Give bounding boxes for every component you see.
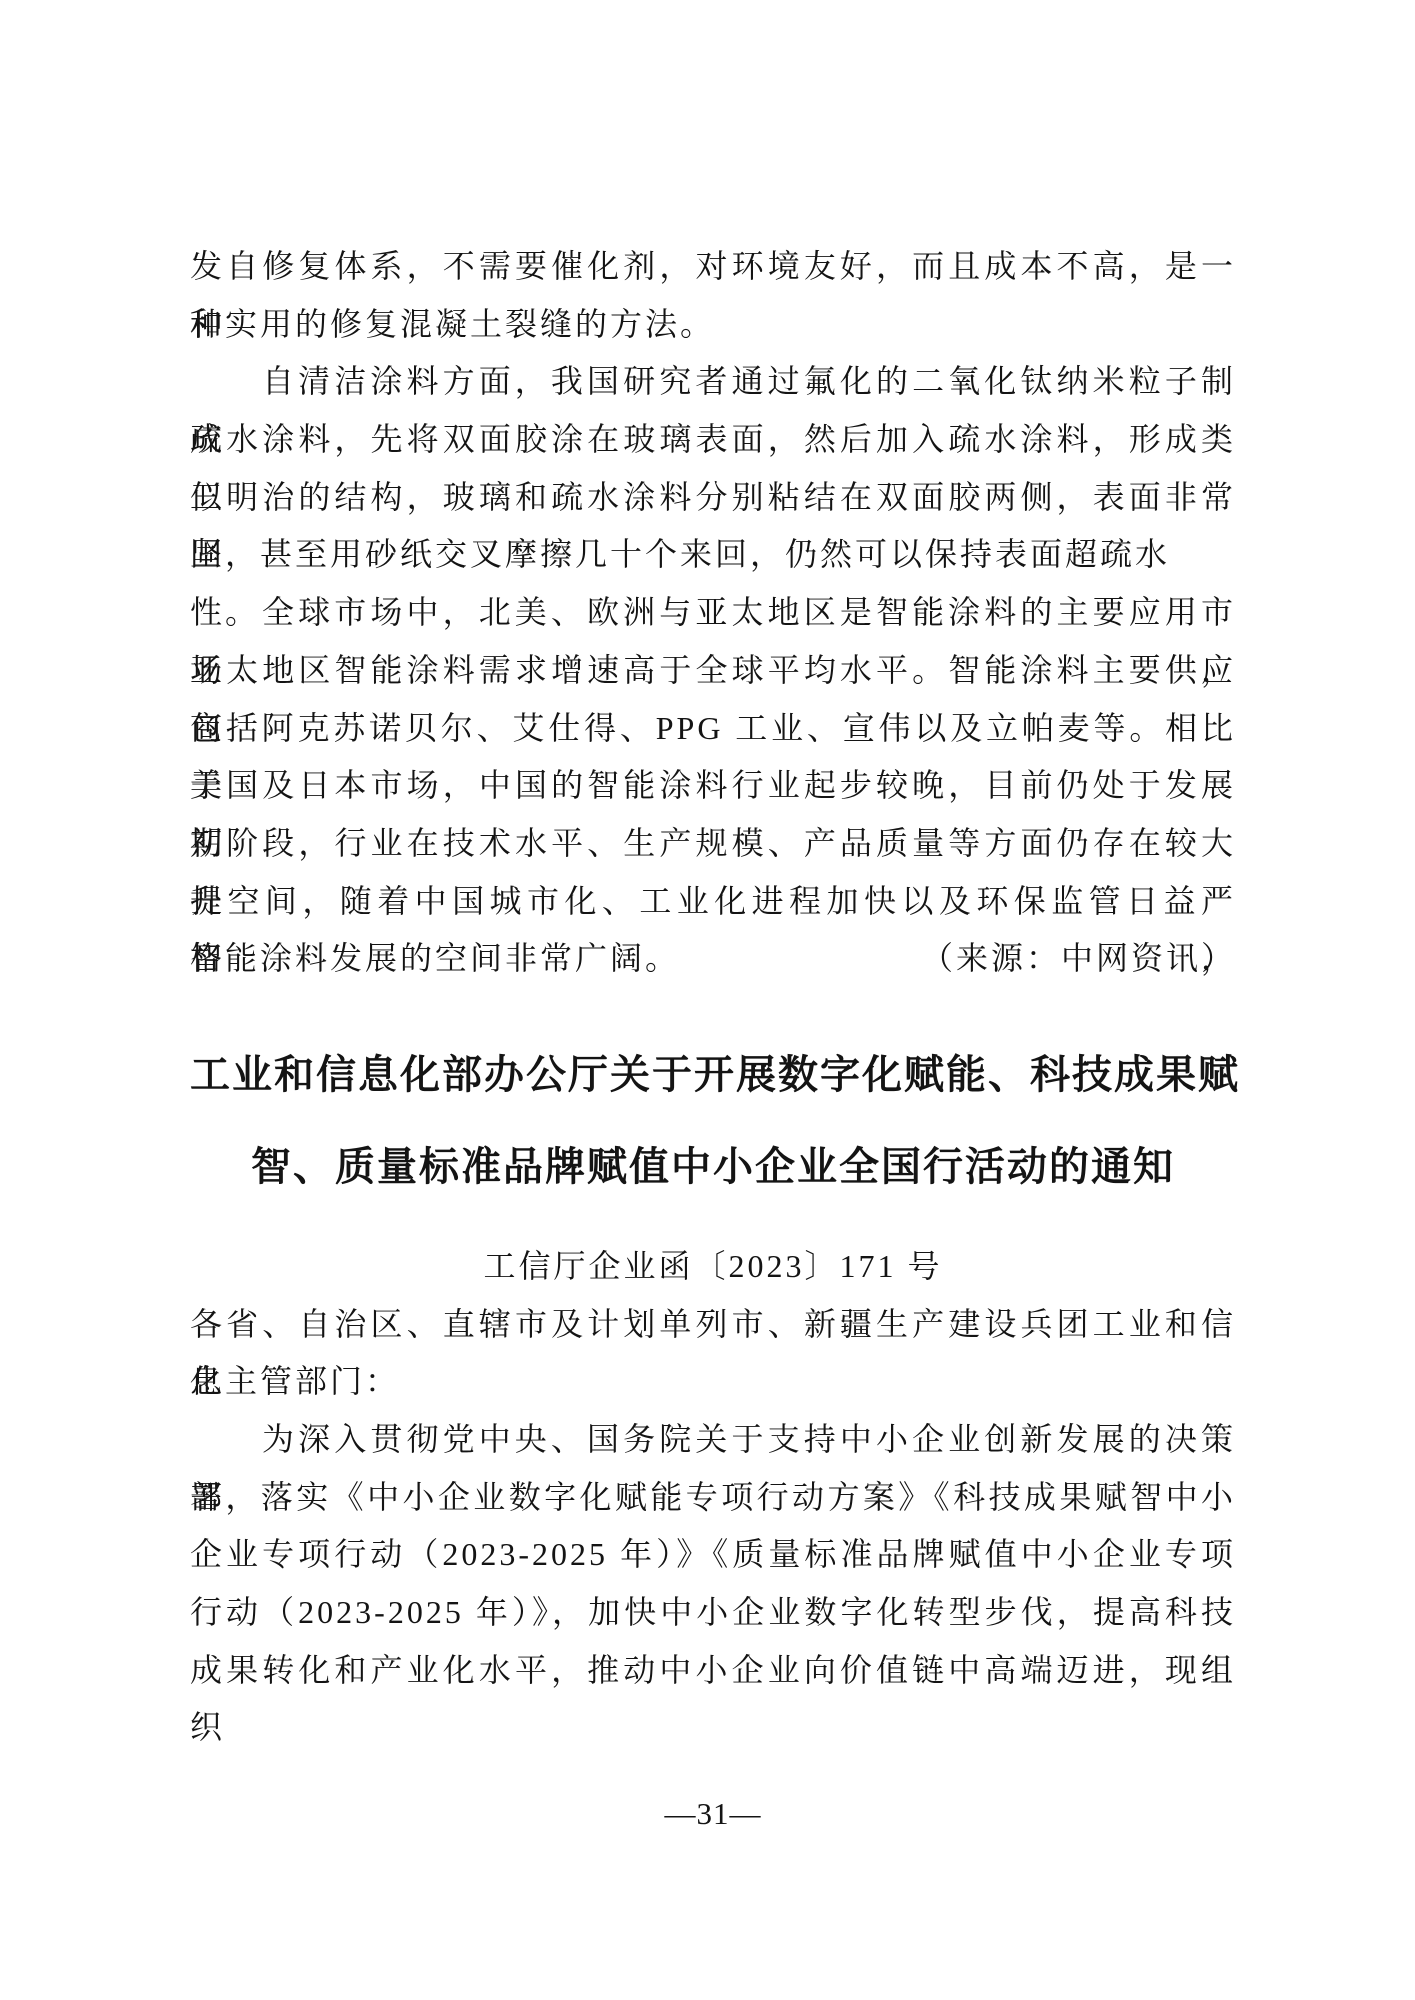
text-line: 美国及日本市场，中国的智能涂料行业起步较晚，目前仍处于发展初 xyxy=(190,757,1236,815)
text-line: 行动（2023-2025 年）》，加快中小企业数字化转型步伐，提高科技 xyxy=(190,1584,1236,1642)
text-line: 署，落实《中小企业数字化赋能专项行动方案》《科技成果赋智中小 xyxy=(190,1469,1236,1527)
source-attribution: （来源：中网资讯） xyxy=(921,930,1236,988)
closing-text: 智能涂料发展的空间非常广阔。 xyxy=(190,930,680,988)
text-line: 期阶段，行业在技术水平、生产规模、产品质量等方面仍存在较大提 xyxy=(190,815,1236,873)
text-line: 疏水涂料，先将双面胶涂在玻璃表面，然后加入疏水涂料，形成类似 xyxy=(190,411,1236,469)
text-line: 三明治的结构，玻璃和疏水涂料分别粘结在双面胶两侧，表面非常坚 xyxy=(190,469,1236,527)
text-line: 包括阿克苏诺贝尔、艾仕得、PPG 工业、宣伟以及立帕麦等。相比于 xyxy=(190,700,1236,758)
text-line: 升空间，随着中国城市化、工业化进程加快以及环保监管日益严格， xyxy=(190,873,1236,931)
paragraph-notice-body: 为深入贯彻党中央、国务院关于支持中小企业创新发展的决策部 署，落实《中小企业数字… xyxy=(190,1411,1236,1699)
text-line: 各省、自治区、直辖市及计划单列市、新疆生产建设兵团工业和信息 xyxy=(190,1296,1236,1354)
notice-title-line-1: 工业和信息化部办公厅关于开展数字化赋能、科技成果赋 xyxy=(190,1029,1236,1121)
text-line: 为深入贯彻党中央、国务院关于支持中小企业创新发展的决策部 xyxy=(190,1411,1236,1469)
text-line: 成果转化和产业化水平，推动中小企业向价值链中高端迈进，现组织 xyxy=(190,1642,1236,1700)
document-number: 工信厅企业函〔2023〕171 号 xyxy=(190,1238,1236,1296)
text-line: 自清洁涂料方面，我国研究者通过氟化的二氧化钛纳米粒子制成 xyxy=(190,353,1236,411)
text-column: 发自修复体系，不需要催化剂，对环境友好，而且成本不高，是一种 和实用的修复混凝土… xyxy=(190,238,1236,1834)
text-line: 化主管部门： xyxy=(190,1353,1236,1411)
notice-title-line-2: 智、质量标准品牌赋值中小企业全国行活动的通知 xyxy=(190,1121,1236,1213)
text-line: 亚太地区智能涂料需求增速高于全球平均水平。智能涂料主要供应商 xyxy=(190,642,1236,700)
paragraph-self-cleaning-coatings: 自清洁涂料方面，我国研究者通过氟化的二氧化钛纳米粒子制成 疏水涂料，先将双面胶涂… xyxy=(190,353,1236,584)
text-line: 发自修复体系，不需要催化剂，对环境友好，而且成本不高，是一种 xyxy=(190,238,1236,296)
paragraph-continuation: 发自修复体系，不需要催化剂，对环境友好，而且成本不高，是一种 和实用的修复混凝土… xyxy=(190,238,1236,353)
page-number: —31— xyxy=(190,1794,1236,1834)
text-line: 全球市场中，北美、欧洲与亚太地区是智能涂料的主要应用市场， xyxy=(190,584,1236,642)
text-line: 固，甚至用砂纸交叉摩擦几十个来回，仍然可以保持表面超疏水性。 xyxy=(190,526,1236,584)
text-line: 和实用的修复混凝土裂缝的方法。 xyxy=(190,296,1236,354)
document-page: 发自修复体系，不需要催化剂，对环境友好，而且成本不高，是一种 和实用的修复混凝土… xyxy=(0,0,1415,2000)
paragraph-addressees: 各省、自治区、直辖市及计划单列市、新疆生产建设兵团工业和信息 化主管部门： xyxy=(190,1296,1236,1411)
notice-title: 工业和信息化部办公厅关于开展数字化赋能、科技成果赋 智、质量标准品牌赋值中小企业… xyxy=(190,1029,1236,1213)
text-line: 企业专项行动（2023-2025 年）》《质量标准品牌赋值中小企业专项 xyxy=(190,1526,1236,1584)
paragraph-global-market: 全球市场中，北美、欧洲与亚太地区是智能涂料的主要应用市场， 亚太地区智能涂料需求… xyxy=(190,584,1236,988)
